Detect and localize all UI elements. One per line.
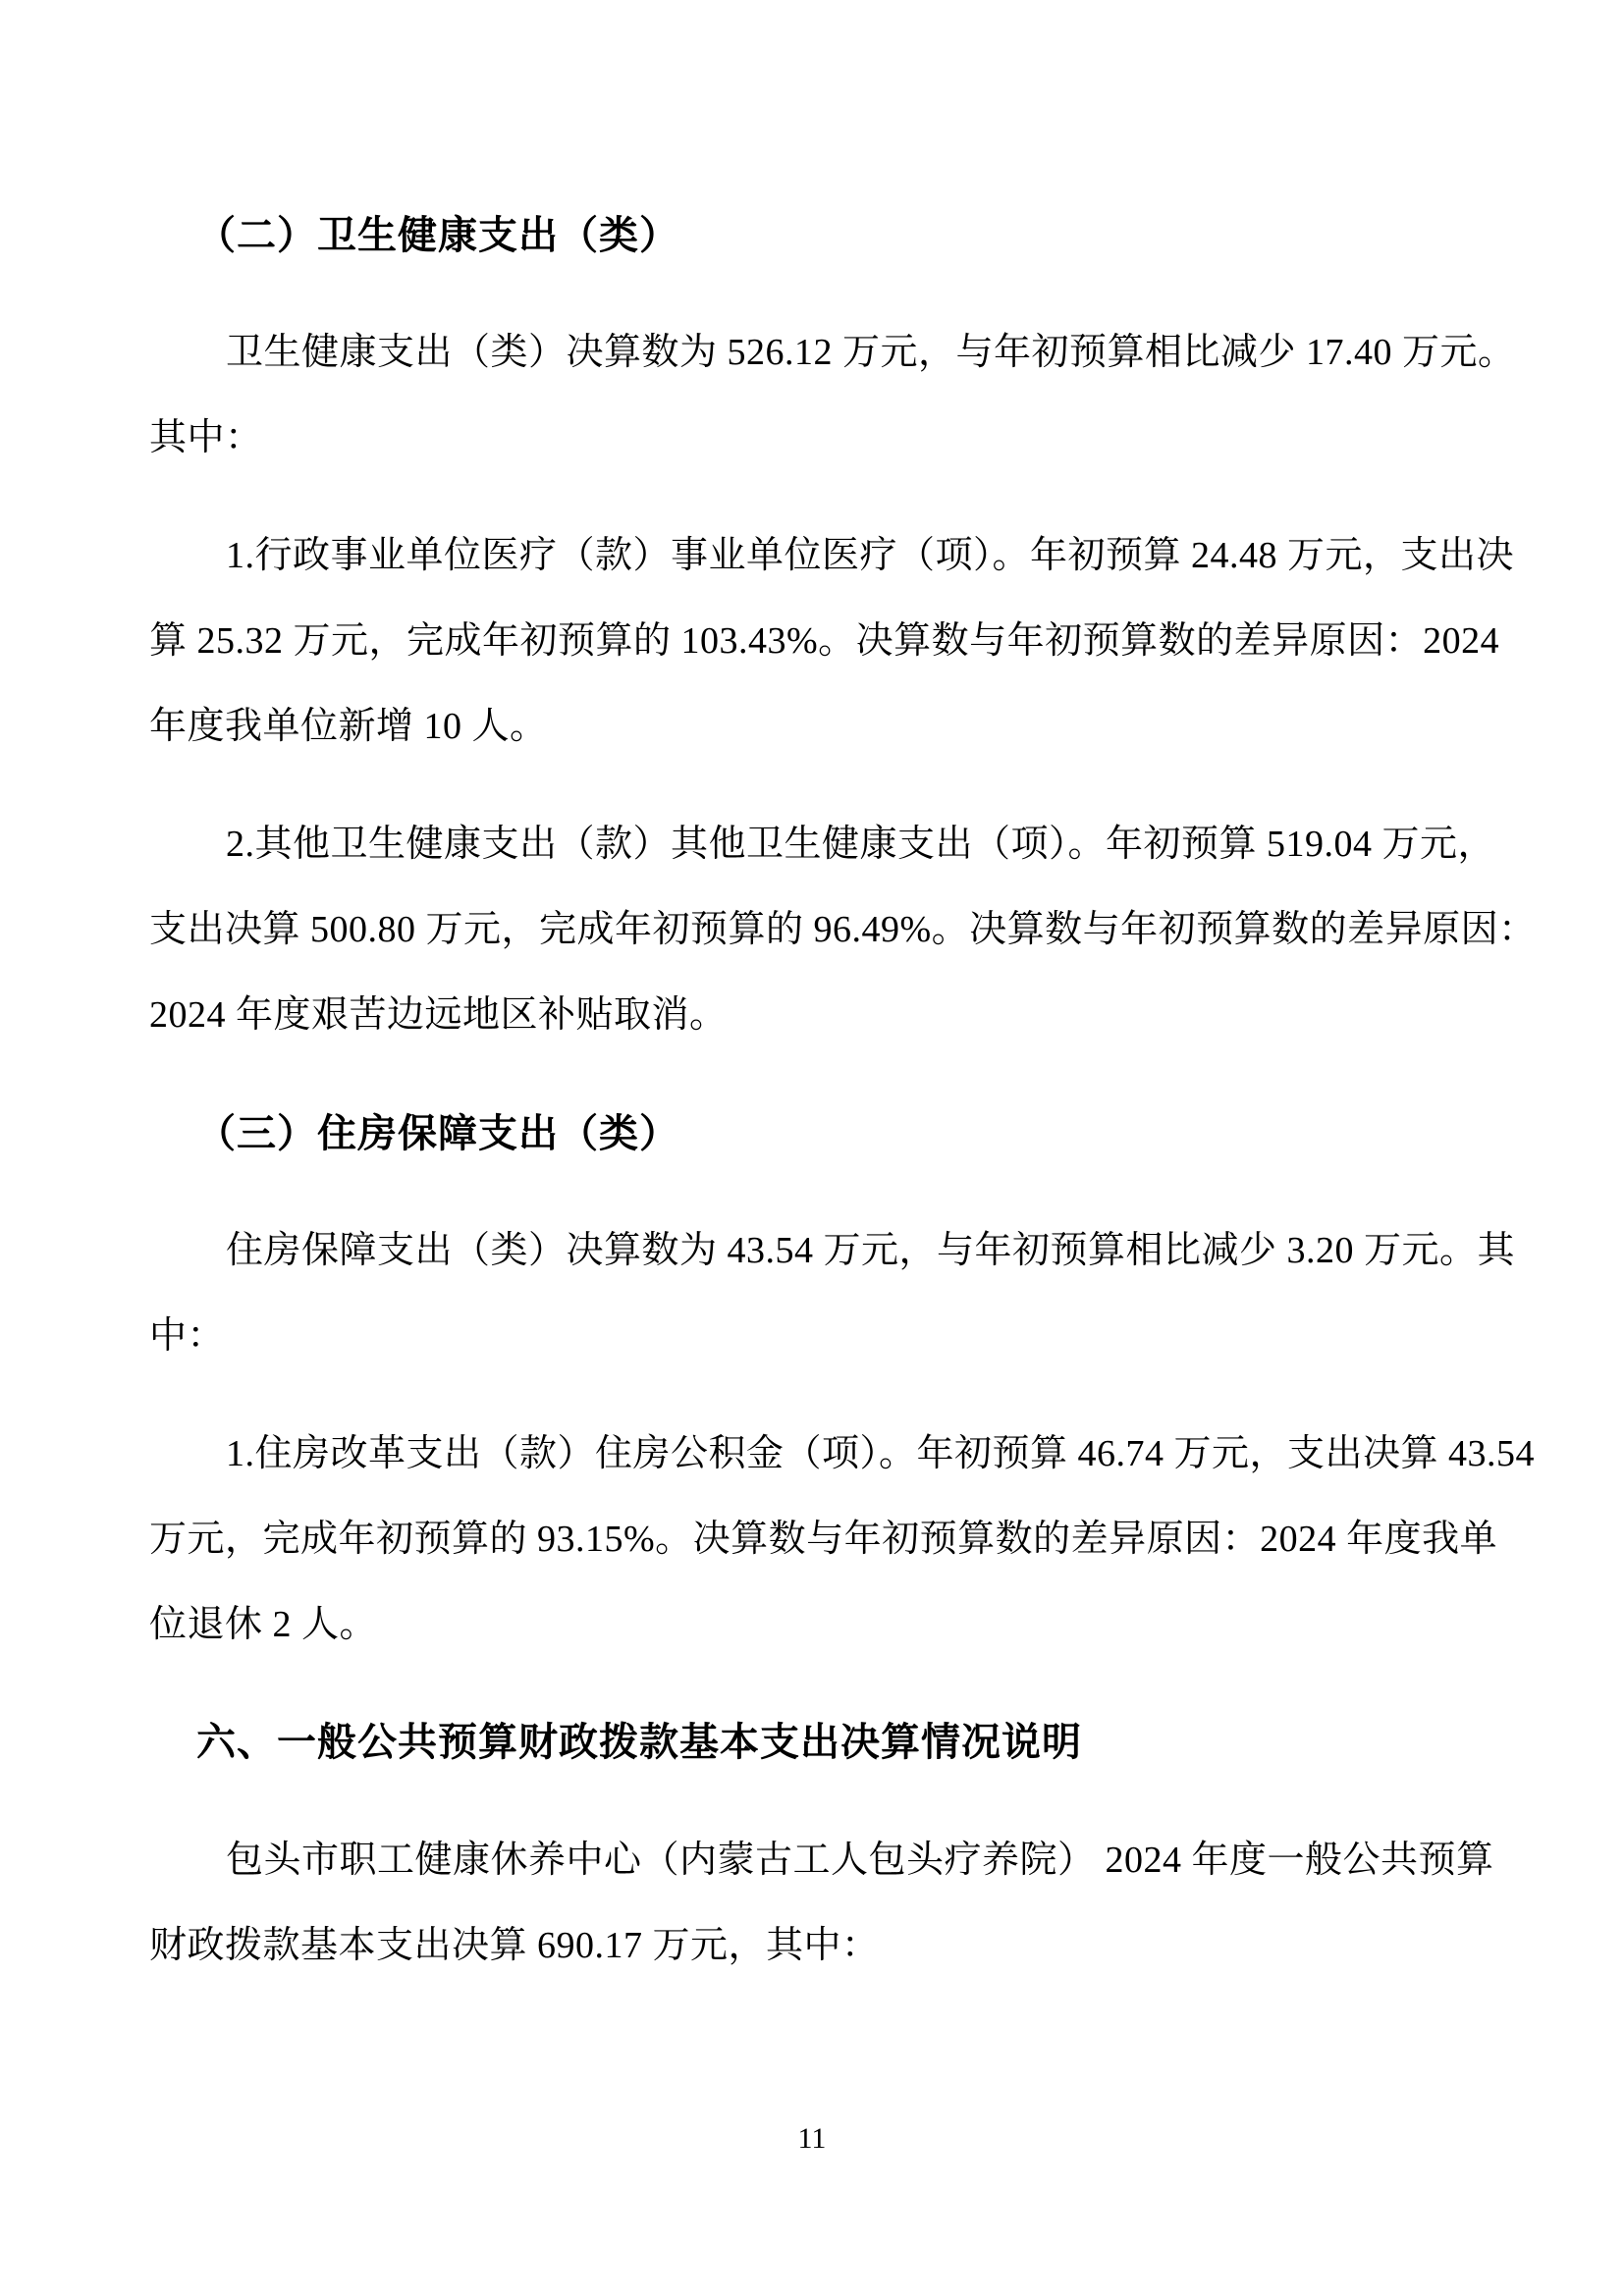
text-line: （三）住房保障支出（类） xyxy=(149,1091,1569,1176)
paragraph-item-1-housing-fund: 1.住房改革支出（款）住房公积金（项）。年初预算 46.74 万元，支出决算 4… xyxy=(149,1412,1569,1668)
text-line: 1.住房改革支出（款）住房公积金（项）。年初预算 46.74 万元，支出决算 4… xyxy=(149,1412,1569,1497)
text-line: 年度我单位新增 10 人。 xyxy=(149,684,1569,770)
text-line: 2024 年度艰苦边远地区补贴取消。 xyxy=(149,973,1569,1058)
text-line: 住房保障支出（类）决算数为 43.54 万元，与年初预算相比减少 3.20 万元… xyxy=(149,1208,1569,1294)
section-heading-six-basic-expenditure: 六、一般公共预算财政拨款基本支出决算情况说明 xyxy=(149,1700,1569,1786)
text-line: 2.其他卫生健康支出（款）其他卫生健康支出（项）。年初预算 519.04 万元， xyxy=(149,802,1569,887)
text-line: 位退休 2 人。 xyxy=(149,1582,1569,1668)
paragraph-basic-expenditure-summary: 包头市职工健康休养中心（内蒙古工人包头疗养院） 2024 年度一般公共预算财政拨… xyxy=(149,1818,1569,1989)
text-line: 其中： xyxy=(149,396,1569,481)
text-line: 六、一般公共预算财政拨款基本支出决算情况说明 xyxy=(149,1700,1569,1786)
paragraph-health-summary: 卫生健康支出（类）决算数为 526.12 万元，与年初预算相比减少 17.40 … xyxy=(149,310,1569,481)
document-body: （二）卫生健康支出（类）卫生健康支出（类）决算数为 526.12 万元，与年初预… xyxy=(149,192,1569,1989)
text-line: 财政拨款基本支出决算 690.17 万元，其中： xyxy=(149,1903,1569,1989)
document-page: （二）卫生健康支出（类）卫生健康支出（类）决算数为 526.12 万元，与年初预… xyxy=(0,0,1624,2296)
text-line: 支出决算 500.80 万元，完成年初预算的 96.49%。决算数与年初预算数的… xyxy=(149,887,1569,973)
paragraph-housing-summary: 住房保障支出（类）决算数为 43.54 万元，与年初预算相比减少 3.20 万元… xyxy=(149,1208,1569,1379)
paragraph-item-2-other-health: 2.其他卫生健康支出（款）其他卫生健康支出（项）。年初预算 519.04 万元，… xyxy=(149,802,1569,1058)
text-line: 算 25.32 万元，完成年初预算的 103.43%。决算数与年初预算数的差异原… xyxy=(149,599,1569,684)
text-line: 中： xyxy=(149,1294,1569,1379)
text-line: 卫生健康支出（类）决算数为 526.12 万元，与年初预算相比减少 17.40 … xyxy=(149,310,1569,396)
text-line: （二）卫生健康支出（类） xyxy=(149,192,1569,278)
section-heading-housing-expenditure: （三）住房保障支出（类） xyxy=(149,1091,1569,1176)
paragraph-item-1-medical: 1.行政事业单位医疗（款）事业单位医疗（项）。年初预算 24.48 万元，支出决… xyxy=(149,513,1569,770)
section-heading-health-expenditure: （二）卫生健康支出（类） xyxy=(149,192,1569,278)
page-number: 11 xyxy=(0,2118,1624,2160)
text-line: 包头市职工健康休养中心（内蒙古工人包头疗养院） 2024 年度一般公共预算 xyxy=(149,1818,1569,1903)
text-line: 1.行政事业单位医疗（款）事业单位医疗（项）。年初预算 24.48 万元，支出决 xyxy=(149,513,1569,599)
text-line: 万元，完成年初预算的 93.15%。决算数与年初预算数的差异原因：2024 年度… xyxy=(149,1497,1569,1582)
